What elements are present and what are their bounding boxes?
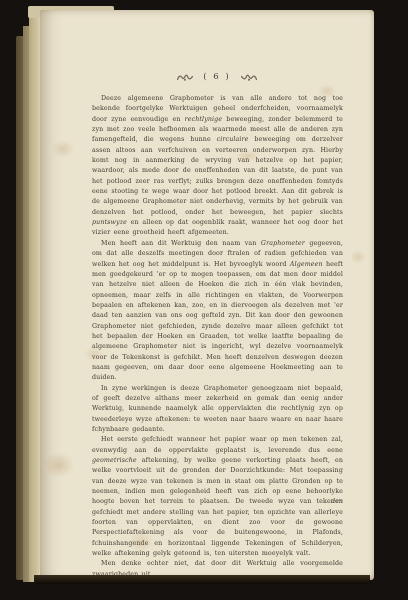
book-bottom-shadow	[34, 575, 370, 584]
book-page: ( 6 ) Deeze algemeene Graphometer is van…	[40, 10, 374, 580]
paragraph: Deeze algemeene Graphometer is van alle …	[92, 94, 343, 239]
text-body: Deeze algemeene Graphometer is van alle …	[92, 94, 343, 580]
page-number: ( 6 )	[203, 72, 230, 82]
paragraph: Men heeft aan dit Werktuig den naam van …	[92, 239, 343, 384]
page-header: ( 6 )	[92, 72, 342, 82]
fleuron-icon	[177, 73, 193, 82]
catchword: den	[92, 498, 343, 505]
paragraph: In zyne werkingen is deeze Graphometer g…	[92, 384, 343, 436]
fleuron-icon	[241, 73, 257, 82]
